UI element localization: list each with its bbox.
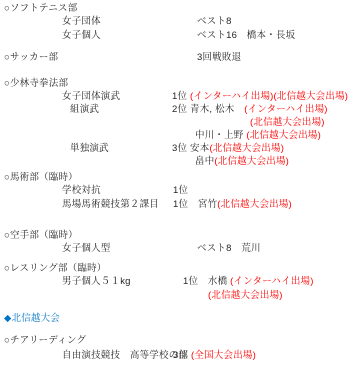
club-header-row: ○ソフトテニス部	[0, 3, 361, 15]
qualification-note: (インターハイ出場)	[244, 104, 327, 115]
text-segment: ○空手部（臨時）	[4, 230, 78, 241]
result-continuation: (北信越大会出場)	[208, 290, 283, 301]
qualification-note: (北信越大会出場)	[208, 290, 283, 301]
event-name: 男子個人５１kg	[62, 276, 131, 287]
result: 3位 安本(北信越大会出場)	[172, 143, 284, 154]
text-segment: 1位	[173, 185, 188, 196]
club-header-row: ○空手部（臨時）	[0, 230, 361, 242]
result-continuation: 畠中(北信越大会出場)	[195, 156, 289, 167]
text-segment: 1位 宮竹	[173, 199, 217, 210]
event-result-row: 男子個人５１kg1位 水橋 (インターハイ出場)	[0, 276, 361, 288]
club-header-row: ○チアリーディング	[0, 335, 361, 347]
continuation-row: 畠中(北信越大会出場)	[0, 156, 361, 168]
text-segment: 馬場馬術競技第２課目	[62, 199, 159, 210]
section-marker: ◆北信越大会	[4, 313, 60, 324]
text-segment: 女子団体演武	[62, 91, 120, 102]
text-segment: 2位 青木, 松木	[172, 104, 244, 115]
event-result-row: 馬場馬術競技第２課目1位 宮竹(北信越大会出場)	[0, 199, 361, 211]
club-header-row: ○サッカー部3回戦敗退	[0, 52, 361, 64]
qualification-note: (全国大会出場)	[191, 350, 256, 361]
section-heading-hokushinetsu: ◆北信越大会	[4, 313, 60, 324]
event-result-row: 学校対抗1位	[0, 185, 361, 197]
club-name-soccer: ○サッカー部	[4, 52, 58, 63]
text-segment: ○馬術部（臨時）	[4, 172, 78, 183]
text-segment: 男子個人５１kg	[62, 276, 131, 287]
text-segment: 自由演技競技 高等学校の部	[62, 350, 188, 361]
text-segment: 3位 安本	[172, 143, 209, 154]
event-result-row: 組演武2位 青木, 松木 (インターハイ出場)	[0, 104, 361, 116]
result: 1位 宮竹(北信越大会出場)	[173, 199, 292, 210]
event-name: 女子団体演武	[62, 91, 120, 102]
event-result-row: 女子個人型ベスト8 荒川	[0, 243, 361, 255]
event-name: 自由演技競技 高等学校の部	[62, 350, 188, 361]
result: ベスト8	[197, 16, 232, 27]
qualification-note: (インターハイ出場)	[230, 276, 313, 287]
text-segment: ○サッカー部	[4, 52, 58, 63]
text-segment: 女子団体	[62, 16, 101, 27]
text-segment: 中川・上野	[195, 130, 246, 141]
qualification-note: (北信越大会出場)	[246, 130, 321, 141]
qualification-note: (北信越大会出場)	[209, 143, 284, 154]
event-name: 馬場馬術競技第２課目	[62, 199, 159, 210]
continuation-row: 中川・上野 (北信越大会出場)	[0, 130, 361, 142]
text-segment: 3回戦敗退	[197, 52, 241, 63]
text-segment: 3位	[173, 350, 191, 361]
club-name-soft-tennis: ○ソフトテニス部	[4, 3, 77, 14]
club-header-row: ○少林寺拳法部	[0, 78, 361, 90]
result-continuation: 中川・上野 (北信越大会出場)	[195, 130, 321, 141]
result-continuation: (北信越大会出場)	[250, 117, 325, 128]
text-segment: ベスト16 橋本・長坂	[197, 30, 295, 41]
event-name: 単独演武	[70, 143, 109, 154]
text-segment: ○チアリーディング	[4, 335, 86, 346]
event-name: 学校対抗	[62, 185, 101, 196]
club-name-cheerleading: ○チアリーディング	[4, 335, 86, 346]
club-header-row: ○レスリング部（臨時）	[0, 263, 361, 275]
text-segment: 女子個人型	[62, 243, 111, 254]
result: 2位 青木, 松木 (インターハイ出場)	[172, 104, 328, 115]
club-name-karate: ○空手部（臨時）	[4, 230, 78, 241]
event-result-row: 女子個人ベスト16 橋本・長坂	[0, 30, 361, 42]
qualification-note: (北信越大会出場)	[214, 156, 289, 167]
results-document: ○ソフトテニス部女子団体ベスト8女子個人ベスト16 橋本・長坂○サッカー部3回戦…	[0, 0, 361, 379]
result: 1位	[173, 185, 188, 196]
text-segment: ○レスリング部（臨時）	[4, 263, 106, 274]
qualification-note: (インターハイ出場)(北信越大会出場)	[190, 91, 348, 102]
result: 3位 (全国大会出場)	[173, 350, 256, 361]
event-result-row: 女子団体演武1位 (インターハイ出場)(北信越大会出場)	[0, 91, 361, 103]
event-name: 組演武	[70, 104, 99, 115]
text-segment: ○ソフトテニス部	[4, 3, 77, 14]
event-name: 女子個人	[62, 30, 101, 41]
club-name-equestrian: ○馬術部（臨時）	[4, 172, 78, 183]
text-segment: 1位	[172, 91, 190, 102]
result: 1位 水橋 (インターハイ出場)	[183, 276, 314, 287]
qualification-note: (北信越大会出場)	[217, 199, 292, 210]
club-name-wrestling: ○レスリング部（臨時）	[4, 263, 106, 274]
result: 1位 (インターハイ出場)(北信越大会出場)	[172, 91, 348, 102]
event-result-row: 単独演武3位 安本(北信越大会出場)	[0, 143, 361, 155]
text-segment: 畠中	[195, 156, 214, 167]
event-result-row: 女子団体ベスト8	[0, 16, 361, 28]
event-name: 女子団体	[62, 16, 101, 27]
text-segment: 1位 水橋	[183, 276, 230, 287]
club-header-row: ○馬術部（臨時）	[0, 172, 361, 184]
section-heading-row: ◆北信越大会	[0, 313, 361, 325]
event-result-row: 自由演技競技 高等学校の部3位 (全国大会出場)	[0, 350, 361, 362]
continuation-row: (北信越大会出場)	[0, 290, 361, 302]
qualification-note: (北信越大会出場)	[250, 117, 325, 128]
text-segment: 女子個人	[62, 30, 101, 41]
club-name-shorinji-kempo: ○少林寺拳法部	[4, 78, 68, 89]
text-segment: ベスト8 荒川	[197, 243, 261, 254]
text-segment: 組演武	[70, 104, 99, 115]
text-segment: ○少林寺拳法部	[4, 78, 68, 89]
result: ベスト16 橋本・長坂	[197, 30, 295, 41]
text-segment: ベスト8	[197, 16, 232, 27]
text-segment: 学校対抗	[62, 185, 101, 196]
text-segment: 単独演武	[70, 143, 109, 154]
result: ベスト8 荒川	[197, 243, 261, 254]
continuation-row: (北信越大会出場)	[0, 117, 361, 129]
result: 3回戦敗退	[197, 52, 241, 63]
event-name: 女子個人型	[62, 243, 111, 254]
